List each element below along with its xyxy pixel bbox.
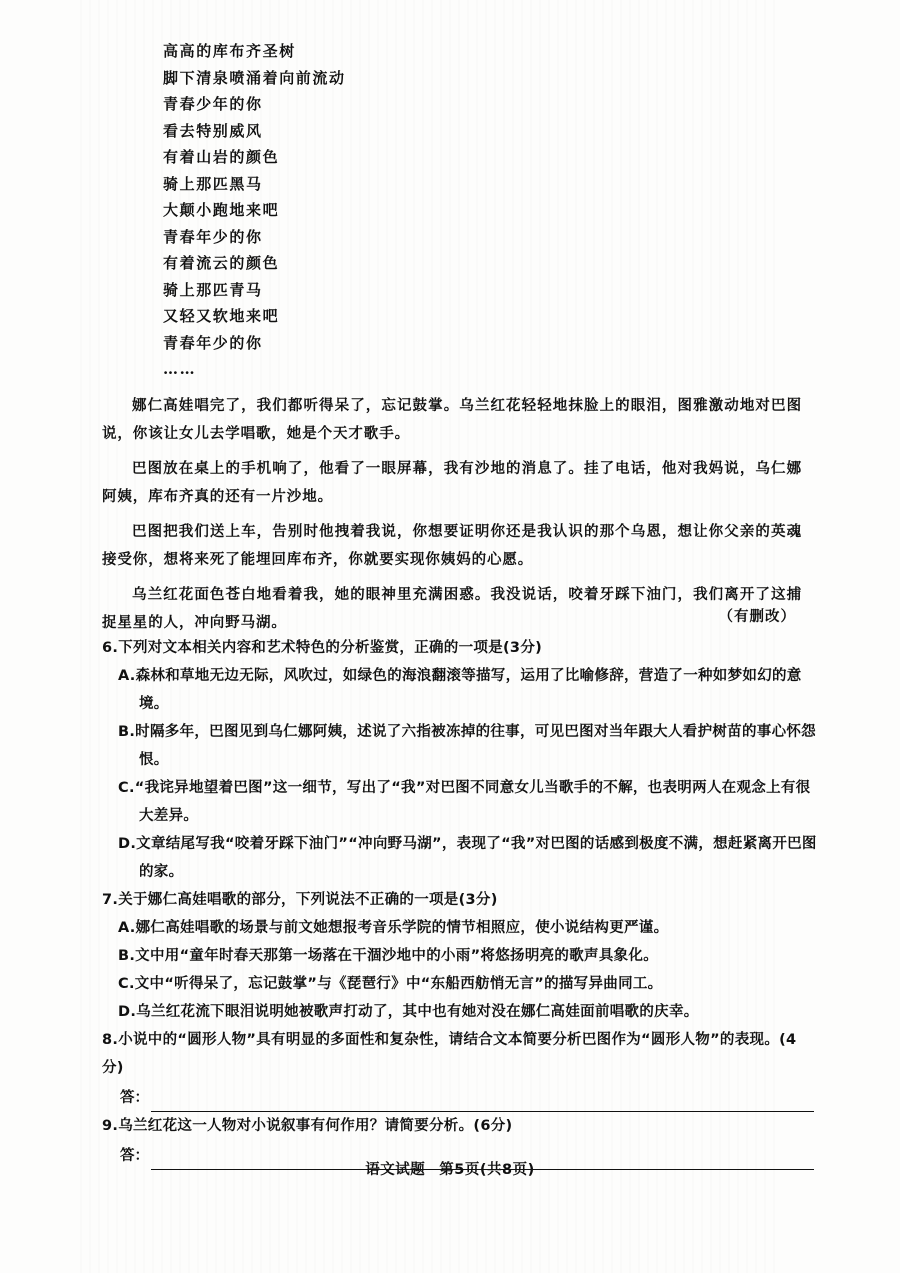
- option-b: B.时隔多年，巴图见到乌仁娜阿姨，述说了六指被冻掉的往事，可见巴图对当年跟大人看…: [102, 718, 818, 774]
- answer-label: 答：: [120, 1084, 149, 1112]
- question-number: 7.: [102, 892, 118, 908]
- option-label: B.: [118, 724, 135, 740]
- poem-line: 看去特别威风: [163, 118, 346, 145]
- exam-page: 高高的库布齐圣树 脚下清泉喷涌着向前流动 青春少年的你 看去特别威风 有着山岩的…: [0, 0, 900, 1273]
- option-c: C.文中“听得呆了，忘记鼓掌”与《琵琶行》中“东船西舫悄无言”的描写异曲同工。: [102, 970, 818, 998]
- option-c: C.“我诧异地望着巴图”这一细节，写出了“我”对巴图不同意女儿当歌手的不解，也表…: [102, 774, 818, 830]
- option-d: D.乌兰红花流下眼泪说明她被歌声打动了，其中也有她对没在娜仁高娃面前唱歌的庆幸。: [102, 998, 818, 1026]
- paragraph: 巴图把我们送上车，告别时他拽着我说，你想要证明你还是我认识的那个乌恩，想让你父亲…: [102, 518, 802, 573]
- option-text: 文章结尾写我“咬着牙踩下油门”“冲向野马湖”，表现了“我”对巴图的话感到极度不满…: [136, 836, 817, 880]
- poem-block: 高高的库布齐圣树 脚下清泉喷涌着向前流动 青春少年的你 看去特别威风 有着山岩的…: [163, 38, 346, 383]
- footer-page-info: 第5页(共8页): [439, 1162, 534, 1178]
- option-a: A.娜仁高娃唱歌的场景与前文她想报考音乐学院的情节相照应，使小说结构更严谨。: [102, 914, 818, 942]
- question-number: 8.: [102, 1032, 118, 1048]
- question-number: 9.: [102, 1118, 118, 1134]
- option-text: 娜仁高娃唱歌的场景与前文她想报考音乐学院的情节相照应，使小说结构更严谨。: [136, 920, 669, 936]
- paragraph: 娜仁高娃唱完了，我们都听得呆了，忘记鼓掌。乌兰红花轻轻地抹脸上的眼泪，图雅激动地…: [102, 392, 802, 447]
- option-d: D.文章结尾写我“咬着牙踩下油门”“冲向野马湖”，表现了“我”对巴图的话感到极度…: [102, 830, 818, 886]
- poem-line: 青春年少的你: [163, 224, 346, 251]
- option-label: A.: [118, 920, 136, 936]
- question-text: 下列对文本相关内容和艺术特色的分析鉴赏，正确的一项是(3分): [118, 640, 542, 656]
- option-label: A.: [118, 668, 136, 684]
- option-a: A.森林和草地无边无际，风吹过，如绿色的海浪翻滚等描写，运用了比喻修辞，营造了一…: [102, 662, 818, 718]
- poem-line: 有着流云的颜色: [163, 250, 346, 277]
- paragraph: 乌兰红花面色苍白地看着我，她的眼神里充满困惑。我没说话，咬着牙踩下油门，我们离开…: [102, 581, 802, 636]
- question-7: 7.关于娜仁高娃唱歌的部分，下列说法不正确的一项是(3分) A.娜仁高娃唱歌的场…: [102, 886, 818, 1026]
- poem-line: 骑上那匹青马: [163, 277, 346, 304]
- option-text: 森林和草地无边无际，风吹过，如绿色的海浪翻滚等描写，运用了比喻修辞，营造了一种如…: [136, 668, 802, 712]
- paragraph: 巴图放在桌上的手机响了，他看了一眼屏幕，我有沙地的消息了。挂了电话，他对我妈说，…: [102, 455, 802, 510]
- question-text: 关于娜仁高娃唱歌的部分，下列说法不正确的一项是(3分): [118, 892, 497, 908]
- option-label: D.: [118, 1004, 136, 1020]
- option-b: B.文中用“童年时春天那第一场落在干涸沙地中的小雨”将悠扬明亮的歌声具象化。: [102, 942, 818, 970]
- question-stem: 9.乌兰红花这一人物对小说叙事有何作用？请简要分析。(6分): [102, 1112, 818, 1140]
- questions-section: 6.下列对文本相关内容和艺术特色的分析鉴赏，正确的一项是(3分) A.森林和草地…: [102, 634, 818, 1170]
- question-stem: 7.关于娜仁高娃唱歌的部分，下列说法不正确的一项是(3分): [102, 886, 818, 914]
- option-text: 文中“听得呆了，忘记鼓掌”与《琵琶行》中“东船西舫悄无言”的描写异曲同工。: [135, 976, 663, 992]
- poem-line: 青春年少的你: [163, 330, 346, 357]
- option-label: C.: [118, 976, 135, 992]
- answer-blank-line[interactable]: [151, 1093, 814, 1112]
- question-6: 6.下列对文本相关内容和艺术特色的分析鉴赏，正确的一项是(3分) A.森林和草地…: [102, 634, 818, 886]
- poem-line: 又轻又软地来吧: [163, 303, 346, 330]
- option-text: 时隔多年，巴图见到乌仁娜阿姨，述说了六指被冻掉的往事，可见巴图对当年跟大人看护树…: [135, 724, 816, 768]
- poem-line: 青春少年的你: [163, 91, 346, 118]
- option-text: “我诧异地望着巴图”这一细节，写出了“我”对巴图不同意女儿当歌手的不解，也表明两…: [135, 780, 811, 824]
- question-number: 6.: [102, 640, 118, 656]
- source-note: （有删改）: [719, 605, 797, 626]
- poem-line: 脚下清泉喷涌着向前流动: [163, 65, 346, 92]
- question-text: 乌兰红花这一人物对小说叙事有何作用？请简要分析。(6分): [118, 1118, 512, 1134]
- poem-ellipsis: ……: [163, 356, 346, 383]
- option-text: 乌兰红花流下眼泪说明她被歌声打动了，其中也有她对没在娜仁高娃面前唱歌的庆幸。: [136, 1004, 698, 1020]
- poem-line: 大颠小跑地来吧: [163, 197, 346, 224]
- answer-field-q8[interactable]: 答：: [102, 1082, 818, 1112]
- footer-subject: 语文试题: [365, 1162, 425, 1178]
- story-text: 娜仁高娃唱完了，我们都听得呆了，忘记鼓掌。乌兰红花轻轻地抹脸上的眼泪，图雅激动地…: [102, 392, 802, 644]
- poem-line: 骑上那匹黑马: [163, 171, 346, 198]
- poem-line: 高高的库布齐圣树: [163, 38, 346, 65]
- option-label: B.: [118, 948, 135, 964]
- question-stem: 8.小说中的“圆形人物”具有明显的多面性和复杂性，请结合文本简要分析巴图作为“圆…: [102, 1026, 818, 1082]
- question-text: 小说中的“圆形人物”具有明显的多面性和复杂性，请结合文本简要分析巴图作为“圆形人…: [102, 1032, 796, 1076]
- poem-line: 有着山岩的颜色: [163, 144, 346, 171]
- page-footer: 语文试题第5页(共8页): [0, 1158, 900, 1179]
- option-text: 文中用“童年时春天那第一场落在干涸沙地中的小雨”将悠扬明亮的歌声具象化。: [135, 948, 658, 964]
- question-stem: 6.下列对文本相关内容和艺术特色的分析鉴赏，正确的一项是(3分): [102, 634, 818, 662]
- question-8: 8.小说中的“圆形人物”具有明显的多面性和复杂性，请结合文本简要分析巴图作为“圆…: [102, 1026, 818, 1112]
- option-label: D.: [118, 836, 136, 852]
- option-label: C.: [118, 780, 135, 796]
